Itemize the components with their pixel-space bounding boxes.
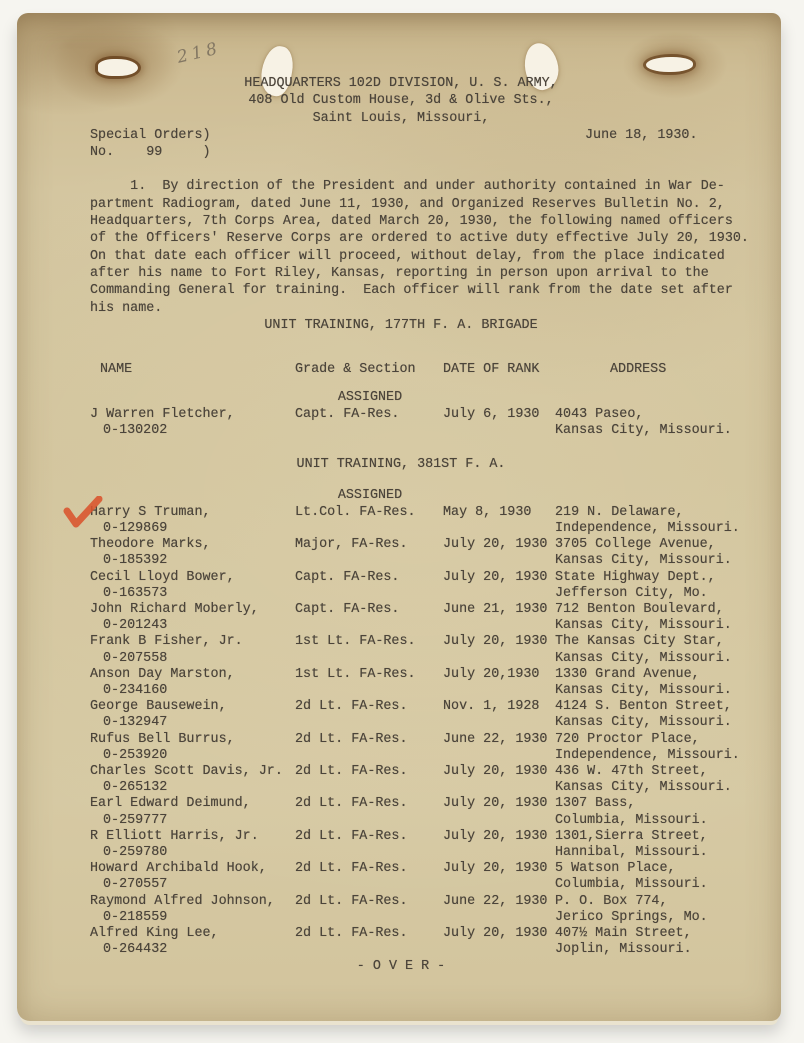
officer-address-cell: 1330 Grand Avenue,Kansas City, Missouri. <box>555 667 757 699</box>
officer-grade-section: 1st Lt. FA-Res. <box>295 667 443 699</box>
officer-address-cell: 4124 S. Benton Street,Kansas City, Misso… <box>555 699 757 731</box>
officer-serial-number: 0-132947 <box>90 715 295 731</box>
officer-date-of-rank: May 8, 1930 <box>443 505 555 537</box>
officer-date-of-rank: July 20, 1930 <box>443 764 555 796</box>
column-header-name: NAME <box>90 361 295 378</box>
officer-serial-number: 0-253920 <box>90 748 295 764</box>
officer-date-of-rank: July 20, 1930 <box>443 829 555 861</box>
officer-address-cell: 436 W. 47th Street,Kansas City, Missouri… <box>555 764 757 796</box>
officer-name-cell: Theodore Marks,0-185392 <box>90 537 295 569</box>
officer-name: Cecil Lloyd Bower, <box>90 570 295 586</box>
officer-name: John Richard Moberly, <box>90 602 295 618</box>
officer-name-cell: J Warren Fletcher,0-130202 <box>90 407 295 439</box>
officer-name: George Bausewein, <box>90 699 295 715</box>
officer-row: Harry S Truman,0-129869Lt.Col. FA-Res.Ma… <box>90 505 757 537</box>
officer-name: Theodore Marks, <box>90 537 295 553</box>
officer-address-line1: 3705 College Avenue, <box>555 537 757 553</box>
officer-address-line1: 712 Benton Boulevard, <box>555 602 757 618</box>
officer-serial-number: 0-218559 <box>90 910 295 926</box>
officer-row: George Bausewein,0-1329472d Lt. FA-Res.N… <box>90 699 757 731</box>
assigned-label: ASSIGNED <box>90 487 650 504</box>
officer-name-cell: John Richard Moberly,0-201243 <box>90 602 295 634</box>
officer-address-cell: 407½ Main Street,Joplin, Missouri. <box>555 926 757 958</box>
officer-name-cell: Howard Archibald Hook,0-270557 <box>90 861 295 893</box>
officer-row: John Richard Moberly,0-201243Capt. FA-Re… <box>90 602 757 634</box>
officer-name: Howard Archibald Hook, <box>90 861 295 877</box>
unit-section-177th: UNIT TRAINING, 177TH F. A. BRIGADE NAME … <box>90 317 757 439</box>
officer-address-line2: Joplin, Missouri. <box>555 942 757 958</box>
officer-address-line2: Jefferson City, Mo. <box>555 586 757 602</box>
section-title: UNIT TRAINING, 177TH F. A. BRIGADE <box>90 317 712 334</box>
officer-address-line2: Hannibal, Missouri. <box>555 845 757 861</box>
officer-date-of-rank: July 20, 1930 <box>443 634 555 666</box>
officer-row: Alfred King Lee,0-2644322d Lt. FA-Res.Ju… <box>90 926 757 958</box>
officer-address-cell: 3705 College Avenue,Kansas City, Missour… <box>555 537 757 569</box>
letterhead-line2: 408 Old Custom House, 3d & Olive Sts., <box>90 92 712 109</box>
officer-grade-section: 2d Lt. FA-Res. <box>295 861 443 893</box>
officer-address-line2: Columbia, Missouri. <box>555 813 757 829</box>
unit-section-381st: UNIT TRAINING, 381ST F. A. ASSIGNED Harr… <box>90 456 757 958</box>
officer-name-cell: Charles Scott Davis, Jr.0-265132 <box>90 764 295 796</box>
officer-address-line2: Kansas City, Missouri. <box>555 715 757 731</box>
officer-address-line1: P. O. Box 774, <box>555 894 757 910</box>
officer-date-of-rank: June 22, 1930 <box>443 732 555 764</box>
officer-row: Raymond Alfred Johnson,0-2185592d Lt. FA… <box>90 894 757 926</box>
officer-row: Frank B Fisher, Jr.0-2075581st Lt. FA-Re… <box>90 634 757 666</box>
officer-name: Charles Scott Davis, Jr. <box>90 764 295 780</box>
scan-background: { "page": { "handwritten_number": "218",… <box>0 0 804 1043</box>
officer-serial-number: 0-129869 <box>90 521 295 537</box>
officer-address-line2: Columbia, Missouri. <box>555 877 757 893</box>
officer-date-of-rank: July 20, 1930 <box>443 861 555 893</box>
officer-address-cell: 219 N. Delaware,Independence, Missouri. <box>555 505 757 537</box>
officer-row: Theodore Marks,0-185392Major, FA-Res.Jul… <box>90 537 757 569</box>
officer-name: Alfred King Lee, <box>90 926 295 942</box>
officer-address-line1: 4124 S. Benton Street, <box>555 699 757 715</box>
order-date: June 18, 1930. <box>585 127 698 144</box>
officer-grade-section: Capt. FA-Res. <box>295 602 443 634</box>
officer-serial-number: 0-234160 <box>90 683 295 699</box>
officer-row: Cecil Lloyd Bower,0-163573Capt. FA-Res.J… <box>90 570 757 602</box>
officer-grade-section: 2d Lt. FA-Res. <box>295 796 443 828</box>
officer-address-line1: 219 N. Delaware, <box>555 505 757 521</box>
officer-address-line2: Kansas City, Missouri. <box>555 683 757 699</box>
officer-serial-number: 0-264432 <box>90 942 295 958</box>
officer-address-cell: P. O. Box 774,Jerico Springs, Mo. <box>555 894 757 926</box>
officer-grade-section: 2d Lt. FA-Res. <box>295 699 443 731</box>
officer-date-of-rank: June 21, 1930 <box>443 602 555 634</box>
officer-name-cell: R Elliott Harris, Jr.0-259780 <box>90 829 295 861</box>
officer-address-line2: Independence, Missouri. <box>555 521 757 537</box>
special-orders-label: Special Orders) <box>90 128 211 143</box>
officer-name: Earl Edward Deimund, <box>90 796 295 812</box>
officer-address-line1: 407½ Main Street, <box>555 926 757 942</box>
officer-address-cell: 720 Proctor Place,Independence, Missouri… <box>555 732 757 764</box>
officer-row: J Warren Fletcher,0-130202Capt. FA-Res.J… <box>90 407 757 439</box>
officer-address-line1: 5 Watson Place, <box>555 861 757 877</box>
officer-grade-section: 2d Lt. FA-Res. <box>295 894 443 926</box>
officer-date-of-rank: July 20, 1930 <box>443 926 555 958</box>
officer-name: Harry S Truman, <box>90 505 295 521</box>
officer-name-cell: Harry S Truman,0-129869 <box>90 505 295 537</box>
officer-row: Charles Scott Davis, Jr.0-2651322d Lt. F… <box>90 764 757 796</box>
officer-grade-section: Major, FA-Res. <box>295 537 443 569</box>
officer-table: J Warren Fletcher,0-130202Capt. FA-Res.J… <box>90 407 757 439</box>
officer-name-cell: Raymond Alfred Johnson,0-218559 <box>90 894 295 926</box>
officer-address-line1: The Kansas City Star, <box>555 634 757 650</box>
officer-grade-section: 2d Lt. FA-Res. <box>295 829 443 861</box>
officer-date-of-rank: June 22, 1930 <box>443 894 555 926</box>
officer-date-of-rank: July 20,1930 <box>443 667 555 699</box>
officer-name: Frank B Fisher, Jr. <box>90 634 295 650</box>
officer-name: Rufus Bell Burrus, <box>90 732 295 748</box>
officer-grade-section: Capt. FA-Res. <box>295 570 443 602</box>
document-page: 218 HEADQUARTERS 102D DIVISION, U. S. AR… <box>17 13 781 1021</box>
document-content: HEADQUARTERS 102D DIVISION, U. S. ARMY, … <box>17 13 781 976</box>
officer-serial-number: 0-201243 <box>90 618 295 634</box>
officer-address-cell: 1307 Bass,Columbia, Missouri. <box>555 796 757 828</box>
section-title: UNIT TRAINING, 381ST F. A. <box>90 456 712 473</box>
officer-serial-number: 0-185392 <box>90 553 295 569</box>
officer-serial-number: 0-259777 <box>90 813 295 829</box>
officer-name-cell: Alfred King Lee,0-264432 <box>90 926 295 958</box>
officer-grade-section: 1st Lt. FA-Res. <box>295 634 443 666</box>
officer-name-cell: Frank B Fisher, Jr.0-207558 <box>90 634 295 666</box>
officer-address-line2: Jerico Springs, Mo. <box>555 910 757 926</box>
officer-address-line1: 1307 Bass, <box>555 796 757 812</box>
officer-row: Howard Archibald Hook,0-2705572d Lt. FA-… <box>90 861 757 893</box>
assigned-label: ASSIGNED <box>90 389 650 406</box>
officer-date-of-rank: July 20, 1930 <box>443 570 555 602</box>
orders-row: Special Orders) June 18, 1930. <box>90 127 757 144</box>
officer-name-cell: George Bausewein,0-132947 <box>90 699 295 731</box>
orders-number: No. 99 ) <box>90 144 757 161</box>
officer-address-line1: 1330 Grand Avenue, <box>555 667 757 683</box>
letterhead-line1: HEADQUARTERS 102D DIVISION, U. S. ARMY, <box>90 75 712 92</box>
officer-address-cell: 4043 Paseo,Kansas City, Missouri. <box>555 407 757 439</box>
officer-serial-number: 0-270557 <box>90 877 295 893</box>
officer-grade-section: Capt. FA-Res. <box>295 407 443 439</box>
over-footer: - O V E R - <box>90 958 712 975</box>
column-header-grade: Grade & Section <box>295 361 443 378</box>
officer-serial-number: 0-265132 <box>90 780 295 796</box>
column-header-address: ADDRESS <box>555 361 757 378</box>
officer-address-line2: Kansas City, Missouri. <box>555 553 757 569</box>
officer-name: Raymond Alfred Johnson, <box>90 894 295 910</box>
officer-serial-number: 0-163573 <box>90 586 295 602</box>
officer-grade-section: Lt.Col. FA-Res. <box>295 505 443 537</box>
letterhead-line3: Saint Louis, Missouri, <box>90 110 712 127</box>
officer-address-line2: Independence, Missouri. <box>555 748 757 764</box>
officer-address-cell: 5 Watson Place,Columbia, Missouri. <box>555 861 757 893</box>
officer-serial-number: 0-259780 <box>90 845 295 861</box>
order-body-paragraph: 1. By direction of the President and und… <box>90 178 757 316</box>
officer-date-of-rank: July 20, 1930 <box>443 537 555 569</box>
officer-address-line1: 436 W. 47th Street, <box>555 764 757 780</box>
officer-date-of-rank: Nov. 1, 1928 <box>443 699 555 731</box>
officer-address-cell: The Kansas City Star,Kansas City, Missou… <box>555 634 757 666</box>
officer-name: J Warren Fletcher, <box>90 407 295 423</box>
officer-row: R Elliott Harris, Jr.0-2597802d Lt. FA-R… <box>90 829 757 861</box>
table-column-headers: NAME Grade & Section DATE OF RANK ADDRES… <box>90 361 757 378</box>
column-header-date-of-rank: DATE OF RANK <box>443 361 555 378</box>
handwritten-checkmark-icon <box>63 496 103 532</box>
officer-address-cell: State Highway Dept.,Jefferson City, Mo. <box>555 570 757 602</box>
letterhead: HEADQUARTERS 102D DIVISION, U. S. ARMY, … <box>90 75 712 127</box>
officer-address-line1: 1301,Sierra Street, <box>555 829 757 845</box>
officer-address-line2: Kansas City, Missouri. <box>555 780 757 796</box>
officer-row: Rufus Bell Burrus,0-2539202d Lt. FA-Res.… <box>90 732 757 764</box>
officer-name-cell: Cecil Lloyd Bower,0-163573 <box>90 570 295 602</box>
officer-address-line2: Kansas City, Missouri. <box>555 423 757 439</box>
officer-name-cell: Earl Edward Deimund,0-259777 <box>90 796 295 828</box>
officer-grade-section: 2d Lt. FA-Res. <box>295 732 443 764</box>
officer-name: Anson Day Marston, <box>90 667 295 683</box>
officer-address-line1: State Highway Dept., <box>555 570 757 586</box>
officer-address-cell: 712 Benton Boulevard,Kansas City, Missou… <box>555 602 757 634</box>
officer-address-line1: 720 Proctor Place, <box>555 732 757 748</box>
officer-date-of-rank: July 6, 1930 <box>443 407 555 439</box>
officer-address-line1: 4043 Paseo, <box>555 407 757 423</box>
officer-table: Harry S Truman,0-129869Lt.Col. FA-Res.Ma… <box>90 505 757 959</box>
officer-name-cell: Anson Day Marston,0-234160 <box>90 667 295 699</box>
officer-grade-section: 2d Lt. FA-Res. <box>295 926 443 958</box>
officer-row: Earl Edward Deimund,0-2597772d Lt. FA-Re… <box>90 796 757 828</box>
officer-row: Anson Day Marston,0-2341601st Lt. FA-Res… <box>90 667 757 699</box>
officer-serial-number: 0-130202 <box>90 423 295 439</box>
officer-address-line2: Kansas City, Missouri. <box>555 618 757 634</box>
officer-name-cell: Rufus Bell Burrus,0-253920 <box>90 732 295 764</box>
officer-name: R Elliott Harris, Jr. <box>90 829 295 845</box>
officer-address-cell: 1301,Sierra Street,Hannibal, Missouri. <box>555 829 757 861</box>
officer-address-line2: Kansas City, Missouri. <box>555 651 757 667</box>
officer-grade-section: 2d Lt. FA-Res. <box>295 764 443 796</box>
officer-date-of-rank: July 20, 1930 <box>443 796 555 828</box>
officer-serial-number: 0-207558 <box>90 651 295 667</box>
